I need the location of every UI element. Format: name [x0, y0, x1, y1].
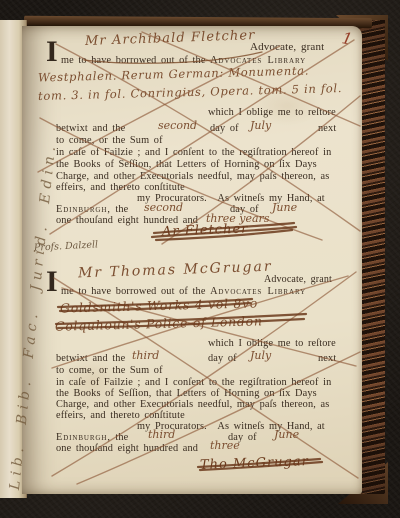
- borrower-name: Mr Archibald Fletcher: [85, 30, 256, 48]
- printed-oblige-line: which I oblige me to reſtore: [208, 107, 336, 118]
- printed-charge-line: Charge, and other Executorials needful, …: [56, 171, 329, 182]
- drop-cap-initial: I: [46, 269, 58, 295]
- photographed-register-page: 1 I Mr Archibald Fletcher Advocate, gran…: [0, 0, 400, 518]
- printed-session-line: the Books of Seſſion, that Letters of Ho…: [56, 159, 317, 170]
- printed-session-line: the Books of Seſſion, that Letters of Ho…: [56, 388, 317, 399]
- borrowed-text: me to have borrowed out of the: [61, 286, 206, 297]
- printed-oblige-line: which I oblige me to reſtore: [208, 338, 336, 349]
- printed-next: next: [318, 353, 336, 364]
- printed-day-of: day of: [210, 123, 239, 134]
- folio-number: 1: [340, 28, 354, 49]
- handwritten-signing-day: third: [148, 429, 175, 441]
- printed-borrowed-line: me to have borrowed out of the Advocates…: [61, 286, 306, 297]
- borrower-name: Mr Thomas McGrugar: [78, 261, 273, 280]
- witness-text: As witneſs my Hand, at: [217, 421, 324, 432]
- printed-day-of: day of: [208, 353, 237, 364]
- handwritten-signing-month: June: [272, 202, 297, 214]
- handwritten-return-month: July: [250, 120, 271, 132]
- drop-cap-initial: I: [46, 39, 58, 65]
- edinburgh-text: Edinburgh,: [56, 204, 111, 215]
- printed-charge-line: Charge, and other Executorials needful, …: [56, 399, 329, 410]
- book-title-line-struck: Colquhoun's Police of London: [55, 315, 263, 332]
- printed-next: next: [318, 123, 336, 134]
- printed-sum-line: to come, or the Sum of: [56, 135, 163, 146]
- printed-year-line: one thouſand eight hundred and: [56, 443, 198, 454]
- borrower-signature: Ar Fletcher: [162, 223, 249, 238]
- printed-failzie-line: in caſe of Failzie ; and I conſent to th…: [56, 377, 331, 388]
- book-title-line: tom. 3. in fol. Conringius, Opera. tom. …: [38, 82, 342, 102]
- handwritten-year: three: [210, 440, 240, 452]
- register-page: 1 I Mr Archibald Fletcher Advocate, gran…: [22, 26, 362, 494]
- book-title-line-struck: Goldsmith's Works 4 vol 8vo: [60, 297, 258, 314]
- printed-advocate-grant: Advocate, grant: [250, 42, 324, 53]
- edinburgh-text: Edinburgh,: [56, 432, 111, 443]
- printed-edinburgh-line: Edinburgh, the: [56, 204, 128, 215]
- printed-effeirs-line: effeirs, and thereto conſtitute: [56, 410, 185, 421]
- printed-betwixt-text: betwixt and the: [56, 353, 125, 364]
- printed-advocate-grant: Advocate, grant: [264, 274, 332, 285]
- printed-effeirs-line: effeirs, and thereto conſtitute: [56, 182, 185, 193]
- printed-sum-line: to come, or the Sum of: [56, 365, 163, 376]
- borrowed-text: me to have borrowed out of the: [61, 55, 206, 66]
- printed-failzie-line: in caſe of Failzie ; and I conſent to th…: [56, 147, 331, 158]
- the-text: the: [115, 204, 128, 215]
- handwritten-return-day: third: [132, 350, 159, 362]
- handwritten-return-month: July: [250, 350, 271, 362]
- book-title-line: Westphalen. Rerum German: Monumenta.: [38, 64, 309, 83]
- the-text: the: [115, 432, 128, 443]
- printed-betwixt-text: betwixt and the: [56, 123, 125, 134]
- printed-edinburgh-line: Edinburgh, the: [56, 432, 128, 443]
- handwritten-signing-day: second: [144, 202, 183, 214]
- borrower-signature: Tho McGrugar: [200, 456, 309, 472]
- handwritten-return-day: second: [158, 120, 197, 132]
- handwritten-signing-month: June: [274, 429, 299, 441]
